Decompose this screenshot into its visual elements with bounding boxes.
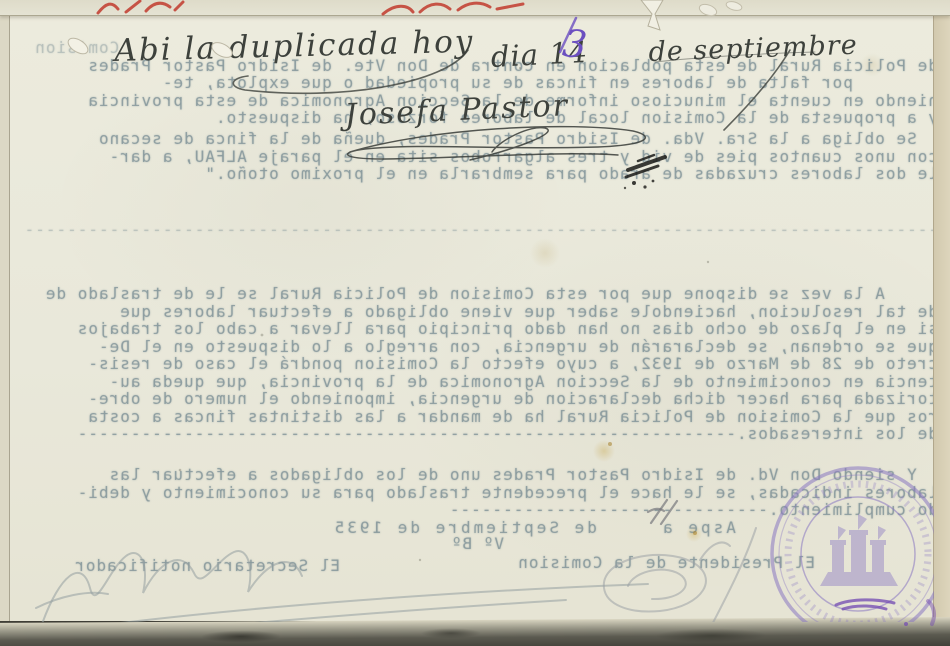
scan-background-bottom [0, 617, 950, 646]
bleed-divider: ----------------------------------------… [12, 221, 938, 239]
president-title: El Presidente de la Comision [515, 554, 815, 572]
bleed-secretary-title: El Secretario notificador [72, 557, 340, 575]
bleed-line: creto de 28 de Marzo de 1932, a cuyo efe… [12, 355, 938, 373]
upper-page-edge [0, 0, 950, 16]
bleed-line: do cumplimiento.------------------------… [12, 501, 938, 519]
typed-divider-line: ----------------------------------------… [12, 221, 938, 239]
bleed-line: Se obliga a la Sra. Vda. de Isidro Pasto… [12, 130, 938, 148]
bleed-line: por falta de labores en fincas de su pro… [12, 74, 938, 92]
bleed-line: A la vez se dispone que por esta Comisio… [12, 285, 938, 303]
bleed-line: labores indicadas, se le hace el precede… [12, 484, 938, 502]
document-page: Comision de Policia Rural de esta poblac… [0, 15, 950, 621]
bleed-line: le dos labores cruzadas de arado para se… [12, 165, 938, 183]
bleed-line: torizada para hacer dicha declaracion de… [12, 390, 938, 408]
vobo-label: Vº Bº [448, 535, 504, 553]
bleed-line: que se ordenan, se declararán de urgenci… [12, 338, 938, 356]
bleed-line: Y siendo Don Vd. de Isidro Pastor Prades… [12, 466, 938, 484]
handwritten-purple-digit: 3 [560, 21, 589, 67]
bleed-paragraph-3: A la vez se dispone que por esta Comisio… [12, 285, 938, 443]
page-left-edge [0, 15, 10, 621]
secretary-title: El Secretario notificador [72, 557, 340, 575]
scanned-document: Comision de Policia Rural de esta poblac… [0, 0, 950, 646]
bleed-vobo: Vº Bº [448, 535, 504, 553]
bleed-president-title: El Presidente de la Comision [515, 554, 815, 572]
bleed-line: con unos cuantos pies de vid y tres alga… [12, 148, 938, 166]
bleed-line: de tal resolucion, haciendole saber que … [12, 303, 938, 321]
page-right-edge [933, 15, 950, 621]
bleed-line: ros que la Comision de Policia Rural ha … [12, 408, 938, 426]
bleed-paragraph-4: Y siendo Don Vd. de Isidro Pastor Prades… [12, 466, 938, 519]
bleed-paragraph-2: Se obliga a la Sra. Vda. de Isidro Pasto… [12, 130, 938, 183]
bleed-line: de los interesados.---------------------… [12, 425, 938, 443]
bleed-line: tencia en conocimiento de la Seccion Agr… [12, 373, 938, 391]
bleed-line: si en el plazo de ocho dias no han dado … [12, 320, 938, 338]
